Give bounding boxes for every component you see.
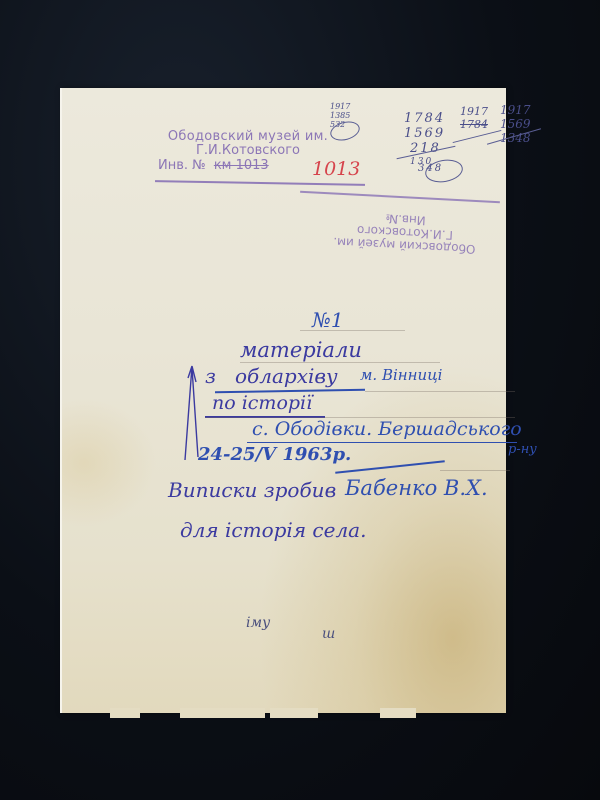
calc-value: 1569 xyxy=(500,118,531,132)
note-purpose: для історія села. xyxy=(180,518,366,542)
stamp-inventory-label: Инв. № xyxy=(158,158,206,173)
title-district: р-ну xyxy=(508,442,537,457)
note-excerpts-made-by: Виписки зробив xyxy=(168,478,336,502)
title-city: м. Вінниці xyxy=(360,366,442,384)
folder-number: №1 xyxy=(312,308,344,332)
calc-value: 1784 xyxy=(460,119,488,132)
stamp-museum-dedication: Г.И.Котовского xyxy=(148,144,348,158)
calc-value: 1917 xyxy=(330,102,350,111)
guide-line xyxy=(365,391,515,392)
note-author: Бабенко В.Х. xyxy=(345,476,488,500)
calc-value: 1569 xyxy=(404,127,445,142)
guide-line xyxy=(300,330,405,331)
guide-line xyxy=(240,362,440,363)
calc-value: 1917 xyxy=(460,106,488,119)
calc-value: 1784 xyxy=(404,112,445,127)
guide-line xyxy=(440,470,510,471)
pencil-calc-column-2: 1917 1784 xyxy=(460,106,488,131)
title-village: с. Ободівки. Бершадського xyxy=(252,418,522,440)
pencil-scrawl: іму xyxy=(246,615,270,631)
calc-value: 1385 xyxy=(330,111,350,120)
paper-torn-edge xyxy=(270,708,318,718)
title-materials: матеріали xyxy=(240,338,362,362)
stamp-museum-name: Ободовский музей им. xyxy=(148,130,348,144)
paper-torn-edge xyxy=(180,708,265,718)
title-history: по історії xyxy=(212,392,312,414)
title-prefix: з xyxy=(205,364,216,388)
paper-torn-edge xyxy=(380,708,416,718)
paper-torn-edge xyxy=(110,708,140,718)
pencil-scrawl: ш xyxy=(322,626,335,642)
title-archive: облархіву xyxy=(235,364,338,388)
stamp-inventory-struck-number: км 1013 xyxy=(214,158,269,173)
calc-value: 1917 xyxy=(500,104,531,118)
underline xyxy=(247,442,517,443)
inventory-number-red: 1013 xyxy=(312,158,360,180)
title-date: 24-25/V 1963р. xyxy=(198,444,351,465)
